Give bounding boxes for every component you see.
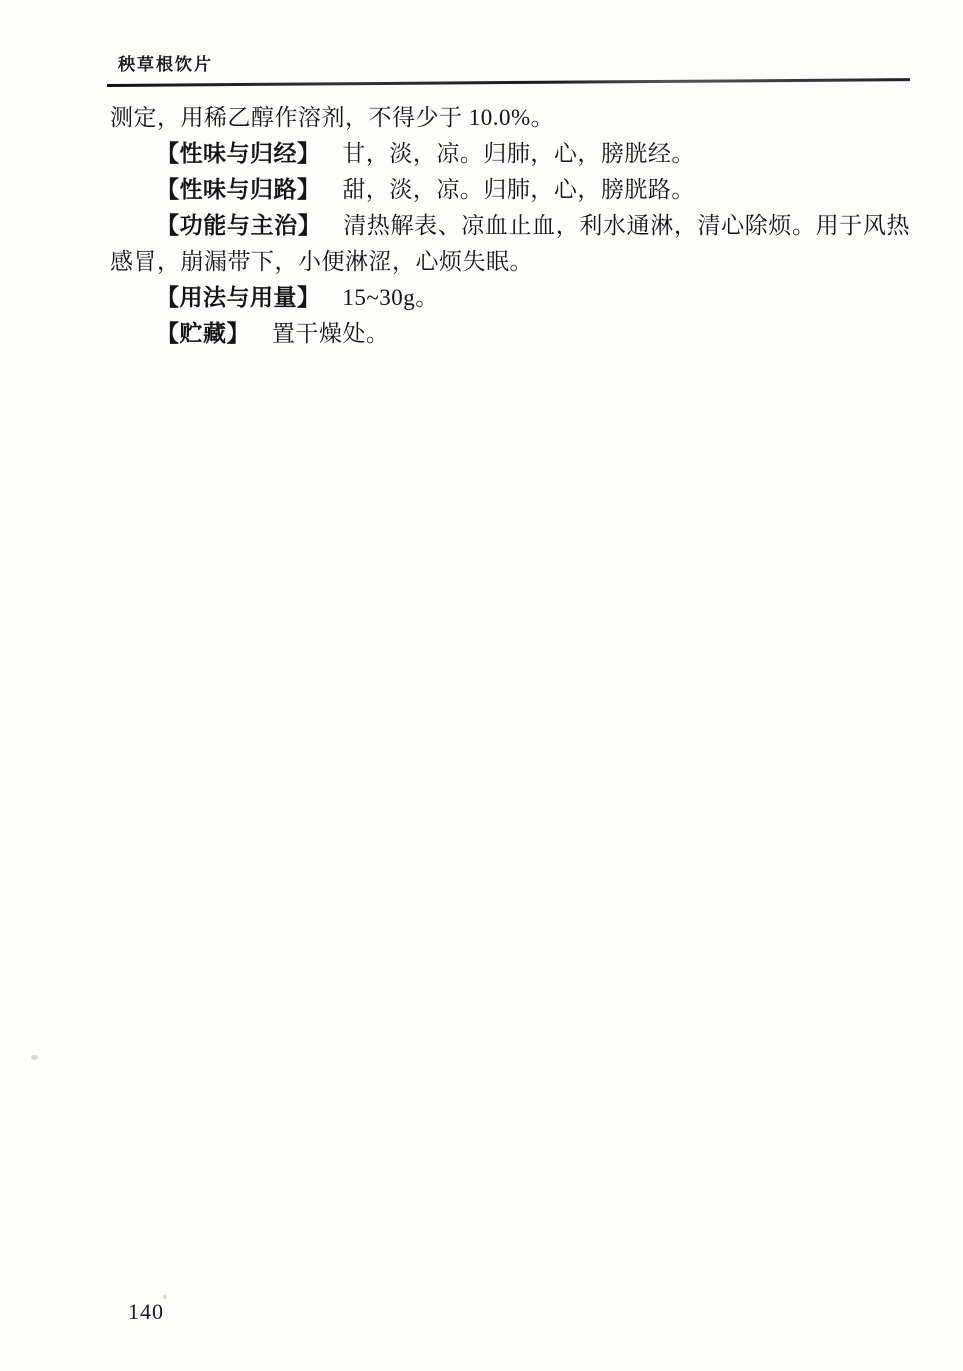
entry-text: 甘，淡，凉。归肺，心，膀胱经。	[342, 141, 695, 166]
entry-label: 【用法与用量】	[156, 285, 321, 311]
scanned-book-page: 秧草根饮片 测定，用稀乙醇作溶剂，不得少于 10.0%。 【性味与归经】甘，淡，…	[0, 0, 963, 1371]
page-number: 140	[128, 1299, 164, 1325]
entry-text: 置干燥处。	[272, 321, 390, 346]
header-rule	[107, 78, 910, 87]
entry-body: 测定，用稀乙醇作溶剂，不得少于 10.0%。 【性味与归经】甘，淡，凉。归肺，心…	[110, 100, 910, 352]
scan-speck	[163, 1295, 167, 1299]
entry-label: 【功能与主治】	[156, 213, 321, 239]
scan-speck	[31, 1055, 38, 1060]
entry-storage: 【贮藏】置干燥处。	[110, 316, 910, 352]
entry-property-channel: 【性味与归路】甜，淡，凉。归肺，心，膀胱路。	[110, 172, 910, 208]
running-header-title: 秧草根饮片	[118, 50, 213, 75]
entry-functions-indications: 【功能与主治】清热解表、凉血止血，利水通淋，清心除烦。用于风热感冒，崩漏带下，小…	[110, 208, 910, 280]
entry-dosage: 【用法与用量】15~30g。	[110, 280, 910, 316]
entry-text: 甜，淡，凉。归肺，心，膀胱路。	[342, 177, 695, 202]
entry-label: 【性味与归经】	[156, 141, 321, 167]
assay-continuation-line: 测定，用稀乙醇作溶剂，不得少于 10.0%。	[110, 100, 910, 136]
entry-label: 【贮藏】	[156, 321, 250, 347]
entry-text: 15~30g。	[342, 285, 438, 310]
entry-label: 【性味与归路】	[156, 177, 321, 203]
entry-property-meridian: 【性味与归经】甘，淡，凉。归肺，心，膀胱经。	[110, 136, 910, 172]
